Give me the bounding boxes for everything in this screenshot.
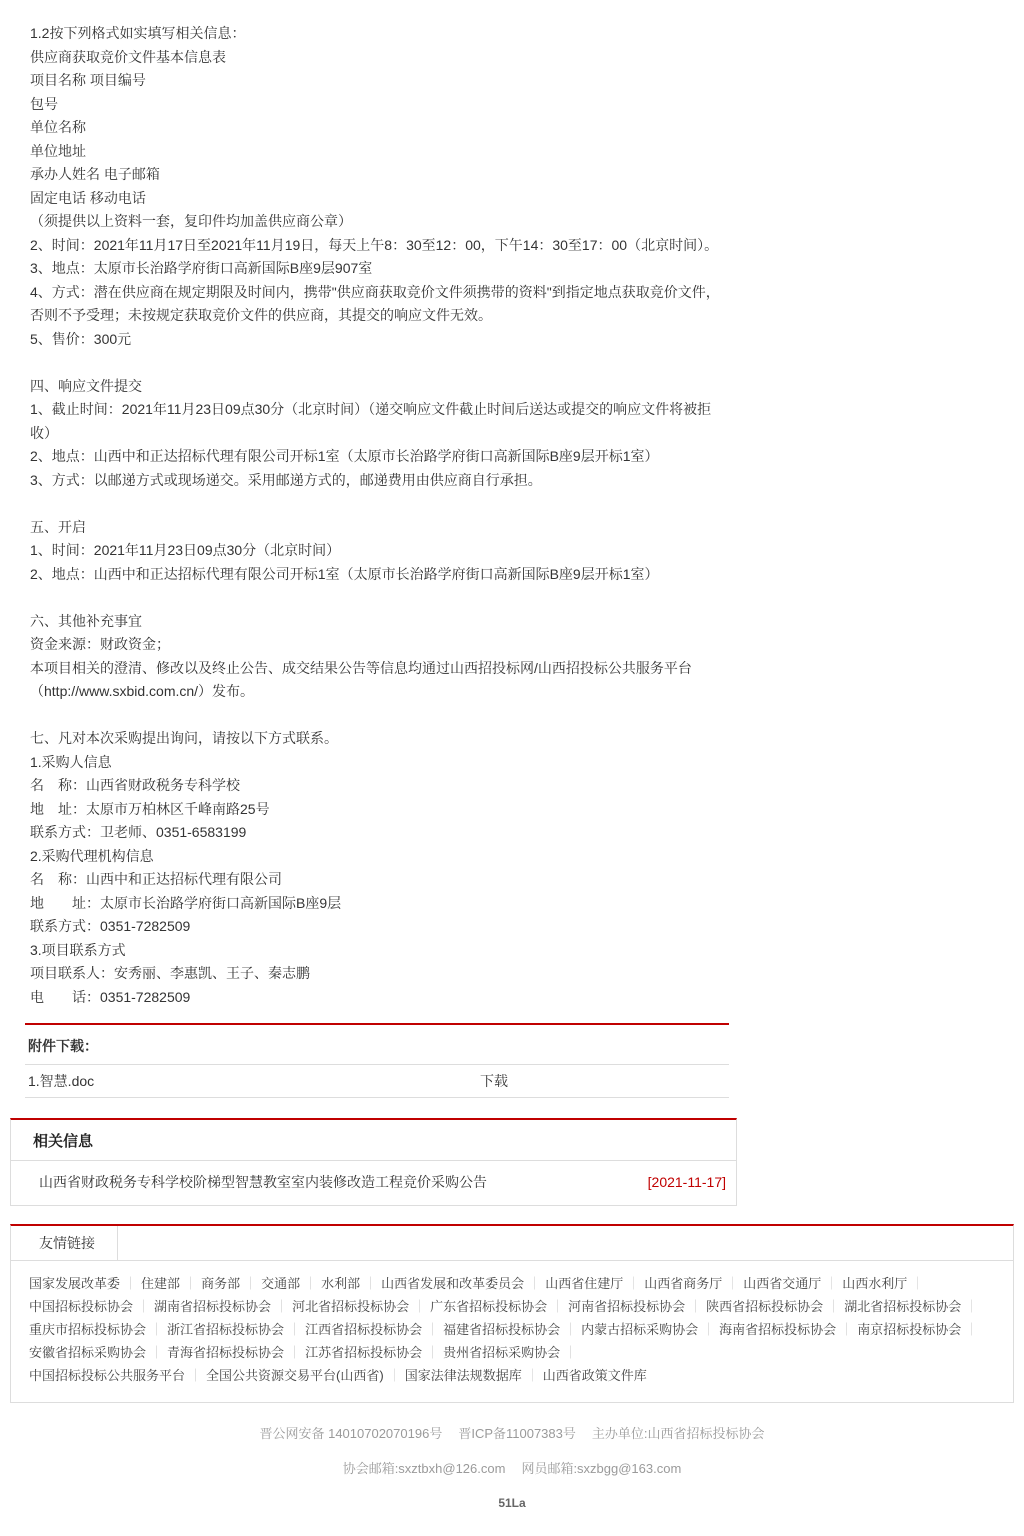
attachment-section: 附件下载： 1.智慧.doc下载	[25, 1025, 729, 1098]
friend-link[interactable]: 住建部	[141, 1276, 180, 1291]
friend-link[interactable]: 山西省政策文件库	[543, 1368, 647, 1383]
link-separator: ｜	[189, 1368, 202, 1383]
related-announcement-date: [2021-11-17]	[648, 1174, 726, 1190]
friend-link[interactable]: 陕西省招标投标协会	[706, 1299, 823, 1314]
footer-organizer-text: 主办单位:山西省招标投标协会	[592, 1426, 765, 1441]
body-paragraph: 本项目相关的澄清、修改以及终止公告、成交结果公告等信息均通过山西招投标网/山西招…	[30, 657, 720, 681]
friend-link[interactable]: 青海省招标投标协会	[167, 1345, 284, 1360]
attachment-section-title: 附件下载：	[25, 1025, 729, 1065]
attachment-row: 1.智慧.doc下载	[25, 1065, 729, 1098]
announcement-body: 1.2按下列格式如实填写相关信息：供应商获取竞价文件基本信息表项目名称 项目编号…	[0, 0, 720, 1009]
body-paragraph: 单位名称	[30, 116, 720, 140]
friend-links-row: 安徽省招标采购协会｜青海省招标投标协会｜江苏省招标投标协会｜贵州省招标采购协会｜	[29, 1341, 995, 1364]
footer-record-link[interactable]: 晋公网安备 14010702070196号	[259, 1426, 442, 1441]
body-paragraph: 3.项目联系方式	[30, 939, 720, 963]
attachment-file-link[interactable]: 1.智慧.doc	[28, 1071, 480, 1091]
attachment-list: 1.智慧.doc下载	[25, 1065, 729, 1098]
body-paragraph: 4、方式：潜在供应商在规定期限及时间内，携带"供应商获取竞价文件须携带的资料"到…	[30, 281, 720, 328]
body-paragraph: 七、凡对本次采购提出询问，请按以下方式联系。	[30, 727, 720, 751]
footer-email-text: 协会邮箱:sxztbxh@126.com	[343, 1461, 506, 1476]
body-paragraph: 3、地点：太原市长治路学府街口高新国际B座9层907室	[30, 257, 720, 281]
link-separator: ｜	[551, 1299, 564, 1314]
link-separator: ｜	[965, 1322, 978, 1337]
link-separator: ｜	[911, 1276, 924, 1291]
body-paragraph: 五、开启	[30, 516, 720, 540]
friend-link[interactable]: 中国招标投标协会	[29, 1299, 133, 1314]
body-paragraph: 包号	[30, 93, 720, 117]
friend-links-title: 友情链接	[11, 1226, 118, 1261]
friend-links-list: 国家发展改革委｜住建部｜商务部｜交通部｜水利部｜山西省发展和改革委员会｜山西省住…	[11, 1261, 1013, 1402]
friend-links-row: 国家发展改革委｜住建部｜商务部｜交通部｜水利部｜山西省发展和改革委员会｜山西省住…	[29, 1272, 995, 1295]
friend-link[interactable]: 江苏省招标投标协会	[305, 1345, 422, 1360]
friend-links-box: 友情链接 国家发展改革委｜住建部｜商务部｜交通部｜水利部｜山西省发展和改革委员会…	[10, 1224, 1014, 1403]
body-paragraph	[30, 492, 720, 516]
body-paragraph	[30, 586, 720, 610]
analytics-logo[interactable]: 51La	[0, 1496, 1024, 1510]
body-paragraph: 供应商获取竞价文件基本信息表	[30, 46, 720, 70]
link-separator: ｜	[564, 1345, 577, 1360]
body-paragraph: 地 址：太原市长治路学府街口高新国际B座9层	[30, 892, 720, 916]
body-paragraph: 地 址：太原市万柏林区千峰南路25号	[30, 798, 720, 822]
body-paragraph: 联系方式：卫老师、0351-6583199	[30, 821, 720, 845]
footer-email-line: 协会邮箱:sxztbxh@126.com网员邮箱:sxzbgg@163.com	[0, 1458, 1024, 1477]
friend-link[interactable]: 浙江省招标投标协会	[167, 1322, 284, 1337]
body-paragraph	[30, 704, 720, 728]
link-separator: ｜	[388, 1368, 401, 1383]
page-footer: 晋公网安备 14010702070196号晋ICP备11007383号主办单位:…	[0, 1423, 1024, 1536]
friend-link[interactable]: 国家法律法规数据库	[405, 1368, 522, 1383]
friend-link[interactable]: 山西省商务厅	[644, 1276, 722, 1291]
friend-links-header: 友情链接	[11, 1226, 1013, 1261]
link-separator: ｜	[702, 1322, 715, 1337]
friend-link[interactable]: 湖北省招标投标协会	[844, 1299, 961, 1314]
link-separator: ｜	[965, 1299, 978, 1314]
body-paragraph	[30, 351, 720, 375]
link-separator: ｜	[124, 1276, 137, 1291]
body-paragraph: 名 称：山西中和正达招标代理有限公司	[30, 868, 720, 892]
friend-link[interactable]: 全国公共资源交易平台(山西省)	[206, 1368, 384, 1383]
friend-link[interactable]: 河北省招标投标协会	[292, 1299, 409, 1314]
link-separator: ｜	[526, 1368, 539, 1383]
body-paragraph: 5、售价：300元	[30, 328, 720, 352]
body-paragraph: 联系方式：0351-7282509	[30, 915, 720, 939]
body-paragraph: 项目名称 项目编号	[30, 69, 720, 93]
footer-record-link[interactable]: 晋ICP备11007383号	[458, 1426, 576, 1441]
link-separator: ｜	[137, 1299, 150, 1314]
friend-link[interactable]: 河南省招标投标协会	[568, 1299, 685, 1314]
link-separator: ｜	[426, 1345, 439, 1360]
friend-link[interactable]: 江西省招标投标协会	[305, 1322, 422, 1337]
friend-link[interactable]: 海南省招标投标协会	[719, 1322, 836, 1337]
body-paragraph: 承办人姓名 电子邮箱	[30, 163, 720, 187]
friend-link[interactable]: 水利部	[321, 1276, 360, 1291]
link-separator: ｜	[827, 1299, 840, 1314]
body-paragraph: 1、时间：2021年11月23日09点30分（北京时间）	[30, 539, 720, 563]
link-separator: ｜	[413, 1299, 426, 1314]
friend-link[interactable]: 山西省住建厅	[545, 1276, 623, 1291]
link-separator: ｜	[825, 1276, 838, 1291]
attachment-download-link[interactable]: 下载	[480, 1071, 508, 1091]
friend-links-row: 中国招标投标协会｜湖南省招标投标协会｜河北省招标投标协会｜广东省招标投标协会｜河…	[29, 1295, 995, 1318]
link-separator: ｜	[528, 1276, 541, 1291]
body-paragraph: 资金来源：财政资金；	[30, 633, 720, 657]
link-separator: ｜	[184, 1276, 197, 1291]
related-info-box: 相关信息 山西省财政税务专科学校阶梯型智慧教室室内装修改造工程竞价采购公告[20…	[10, 1118, 737, 1206]
body-paragraph: （须提供以上资料一套，复印件均加盖供应商公章）	[30, 210, 720, 234]
related-info-list: 山西省财政税务专科学校阶梯型智慧教室室内装修改造工程竞价采购公告[2021-11…	[11, 1161, 736, 1205]
friend-link[interactable]: 安徽省招标采购协会	[29, 1345, 146, 1360]
body-paragraph: 2、地点：山西中和正达招标代理有限公司开标1室（太原市长治路学府街口高新国际B座…	[30, 563, 720, 587]
body-paragraph: 2.采购代理机构信息	[30, 845, 720, 869]
body-paragraph: 名 称：山西省财政税务专科学校	[30, 774, 720, 798]
link-separator: ｜	[364, 1276, 377, 1291]
link-separator: ｜	[689, 1299, 702, 1314]
friend-link[interactable]: 山西水利厅	[842, 1276, 907, 1291]
body-paragraph: 四、响应文件提交	[30, 375, 720, 399]
link-separator: ｜	[564, 1322, 577, 1337]
page: 1.2按下列格式如实填写相关信息：供应商获取竞价文件基本信息表项目名称 项目编号…	[0, 0, 1024, 1536]
body-paragraph: 3、方式：以邮递方式或现场递交。采用邮递方式的，邮递费用由供应商自行承担。	[30, 469, 720, 493]
friend-link[interactable]: 南京招标投标协会	[857, 1322, 961, 1337]
friend-link[interactable]: 福建省招标投标协会	[443, 1322, 560, 1337]
friend-link[interactable]: 广东省招标投标协会	[430, 1299, 547, 1314]
body-paragraph: 1.采购人信息	[30, 751, 720, 775]
body-paragraph: 固定电话 移动电话	[30, 187, 720, 211]
body-paragraph: 1.2按下列格式如实填写相关信息：	[30, 22, 720, 46]
link-separator: ｜	[244, 1276, 257, 1291]
friend-link[interactable]: 商务部	[201, 1276, 240, 1291]
friend-link[interactable]: 国家发展改革委	[29, 1276, 120, 1291]
footer-email-text: 网员邮箱:sxzbgg@163.com	[521, 1461, 681, 1476]
link-separator: ｜	[150, 1322, 163, 1337]
friend-link[interactable]: 内蒙古招标采购协会	[581, 1322, 698, 1337]
link-separator: ｜	[288, 1322, 301, 1337]
footer-registration-line: 晋公网安备 14010702070196号晋ICP备11007383号主办单位:…	[0, 1423, 1024, 1442]
body-paragraph: 六、其他补充事宜	[30, 610, 720, 634]
friend-link[interactable]: 贵州省招标采购协会	[443, 1345, 560, 1360]
link-separator: ｜	[726, 1276, 739, 1291]
friend-links-row: 中国招标投标公共服务平台｜全国公共资源交易平台(山西省)｜国家法律法规数据库｜山…	[29, 1364, 995, 1387]
related-announcement-link[interactable]: 山西省财政税务专科学校阶梯型智慧教室室内装修改造工程竞价采购公告	[39, 1172, 487, 1192]
body-paragraph: 2、地点：山西中和正达招标代理有限公司开标1室（太原市长治路学府街口高新国际B座…	[30, 445, 720, 469]
body-paragraph: 1、截止时间：2021年11月23日09点30分（北京时间）（递交响应文件截止时…	[30, 398, 720, 445]
link-separator: ｜	[426, 1322, 439, 1337]
body-paragraph: 项目联系人：安秀丽、李惠凯、王子、秦志鹏	[30, 962, 720, 986]
friend-links-row: 重庆市招标投标协会｜浙江省招标投标协会｜江西省招标投标协会｜福建省招标投标协会｜…	[29, 1318, 995, 1341]
body-paragraph: 2、时间：2021年11月17日至2021年11月19日，每天上午8：30至12…	[30, 234, 720, 258]
friend-link[interactable]: 中国招标投标公共服务平台	[29, 1368, 185, 1383]
friend-link[interactable]: 山西省交通厅	[743, 1276, 821, 1291]
related-info-title: 相关信息	[11, 1120, 736, 1161]
link-separator: ｜	[275, 1299, 288, 1314]
link-separator: ｜	[150, 1345, 163, 1360]
link-separator: ｜	[840, 1322, 853, 1337]
body-paragraph: （http://www.sxbid.com.cn/）发布。	[30, 680, 720, 704]
friend-link[interactable]: 重庆市招标投标协会	[29, 1322, 146, 1337]
body-paragraph: 单位地址	[30, 140, 720, 164]
link-separator: ｜	[304, 1276, 317, 1291]
link-separator: ｜	[288, 1345, 301, 1360]
friend-link[interactable]: 湖南省招标投标协会	[154, 1299, 271, 1314]
link-separator: ｜	[627, 1276, 640, 1291]
body-paragraph: 电 话：0351-7282509	[30, 986, 720, 1010]
friend-link[interactable]: 交通部	[261, 1276, 300, 1291]
related-info-item: 山西省财政税务专科学校阶梯型智慧教室室内装修改造工程竞价采购公告[2021-11…	[11, 1161, 736, 1205]
friend-link[interactable]: 山西省发展和改革委员会	[381, 1276, 524, 1291]
